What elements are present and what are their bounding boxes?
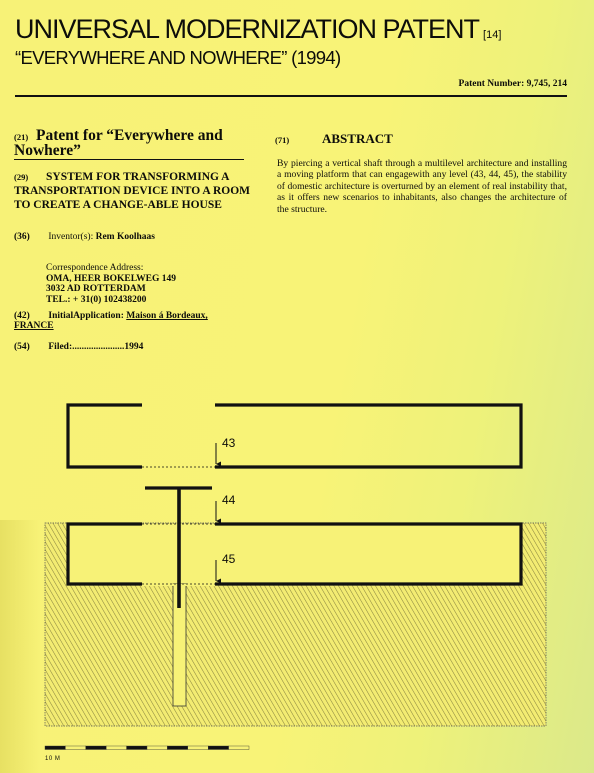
level-label-43: 43 — [222, 436, 235, 450]
patent-page: UNIVERSAL MODERNIZATION PATENT[14] “EVER… — [0, 0, 594, 773]
level-label-44: 44 — [222, 493, 235, 507]
scale-bar — [45, 746, 249, 750]
ground-hatch — [45, 523, 546, 726]
scale-label: 10 M — [45, 756, 60, 762]
section-diagram — [0, 0, 594, 773]
level-label-45: 45 — [222, 552, 235, 566]
upper-room — [68, 405, 521, 467]
